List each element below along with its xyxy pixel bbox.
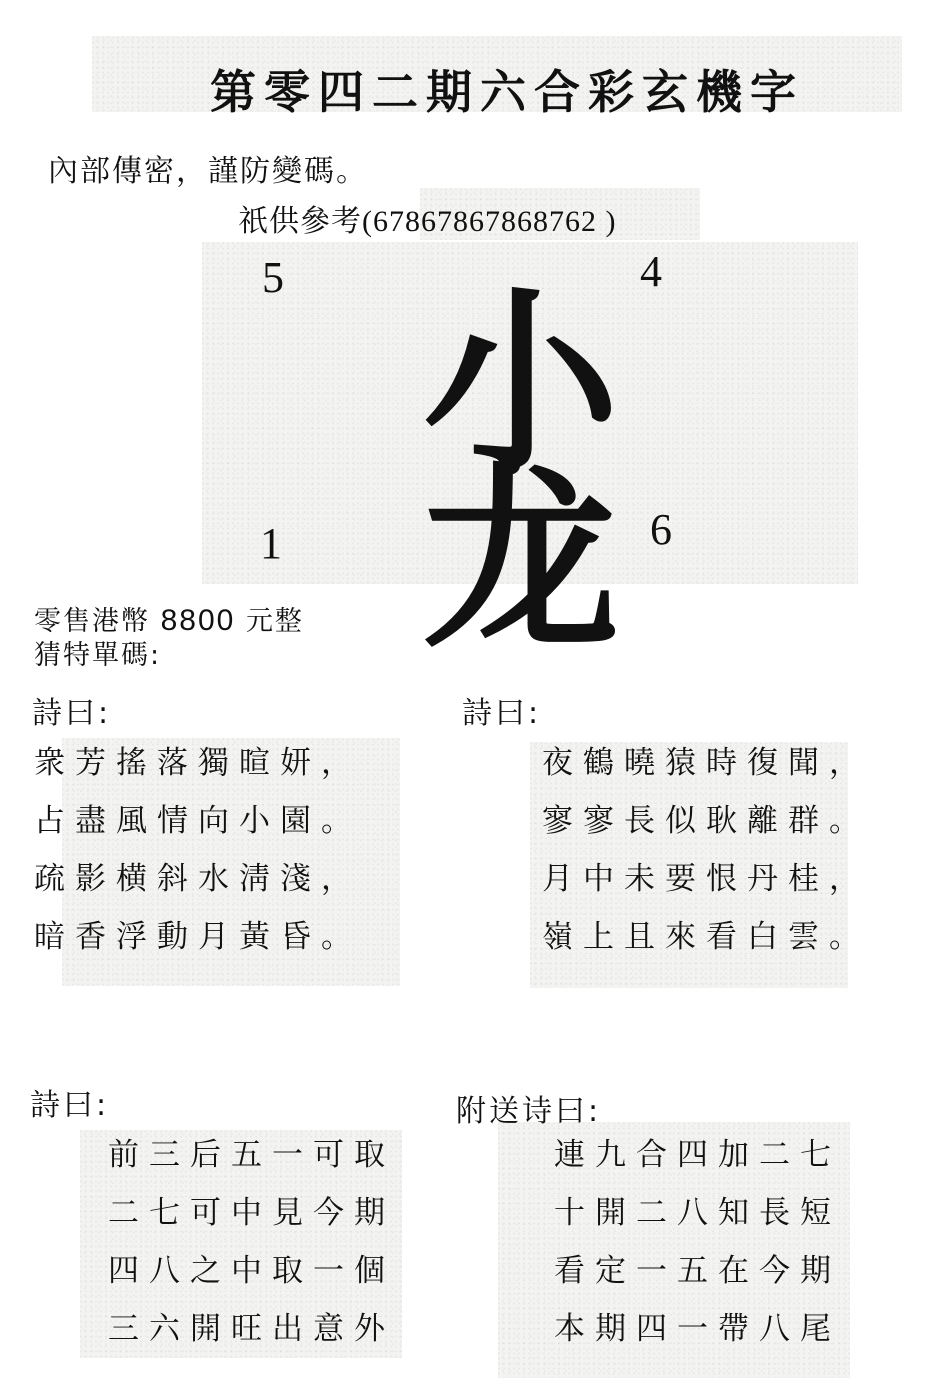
page-title: 第零四二期六合彩玄機字 [210,56,804,122]
price-prefix: 零售港幣 [34,606,150,637]
poem-line: 三六開旺出意外 [108,1300,395,1358]
price-block: 零售港幣 8800 元整 猜特單碼: [34,604,304,673]
poem-3: 前三后五一可取 二七可中見今期 四八之中取一個 三六開旺出意外 [108,1126,395,1358]
poem-line: 疏影横斜水淸淺， [34,850,362,908]
poem-line: 四八之中取一個 [108,1242,395,1300]
poem-3-label: 詩曰: [30,1080,109,1124]
poem-1: 衆芳搖落獨暄妍， 占盡風情向小園。 疏影横斜水淸淺， 暗香浮動月黃昏。 [34,734,362,966]
riddle-character-2: 龙 [396,460,646,660]
poem-line: 夜鶴曉猿時復聞， [542,734,870,792]
poem-line: 衆芳搖落獨暄妍， [34,734,362,792]
poem-line: 暗香浮動月黃昏。 [34,908,362,966]
poem-4-label: 附送诗曰: [456,1086,601,1130]
confidential-notice: 內部傳密，謹防變碼。 [48,146,368,190]
price-amount: 8800 [161,604,236,637]
poem-line: 寥寥長似耿離群。 [542,792,870,850]
poem-line: 連九合四加二七 [554,1126,841,1184]
poem-line: 嶺上且來看白雲。 [542,908,870,966]
poem-line: 二七可中見今期 [108,1184,395,1242]
price-line: 零售港幣 8800 元整 [34,604,304,639]
corner-number-bottom-left: 1 [260,518,282,569]
poem-4: 連九合四加二七 十開二八知長短 看定一五在今期 本期四一帶八尾 [554,1126,841,1358]
poem-line: 十開二八知長短 [554,1184,841,1242]
poem-1-label: 詩曰: [32,688,111,732]
poem-2-label: 詩曰: [462,688,541,732]
poem-line: 占盡風情向小園。 [34,792,362,850]
poem-line: 本期四一帶八尾 [554,1300,841,1358]
reference-number: 祇供參考(67867867868762 ) [238,196,616,240]
corner-number-top-left: 5 [262,252,284,303]
poem-2: 夜鶴曉猿時復聞， 寥寥長似耿離群。 月中未要恨丹桂， 嶺上且來看白雲。 [542,734,870,966]
poem-line: 前三后五一可取 [108,1126,395,1184]
poem-line: 看定一五在今期 [554,1242,841,1300]
poem-line: 月中未要恨丹桂， [542,850,870,908]
price-suffix: 元整 [246,606,304,637]
guess-label: 猜特單碼: [34,639,304,673]
corner-number-bottom-right: 6 [650,504,672,555]
